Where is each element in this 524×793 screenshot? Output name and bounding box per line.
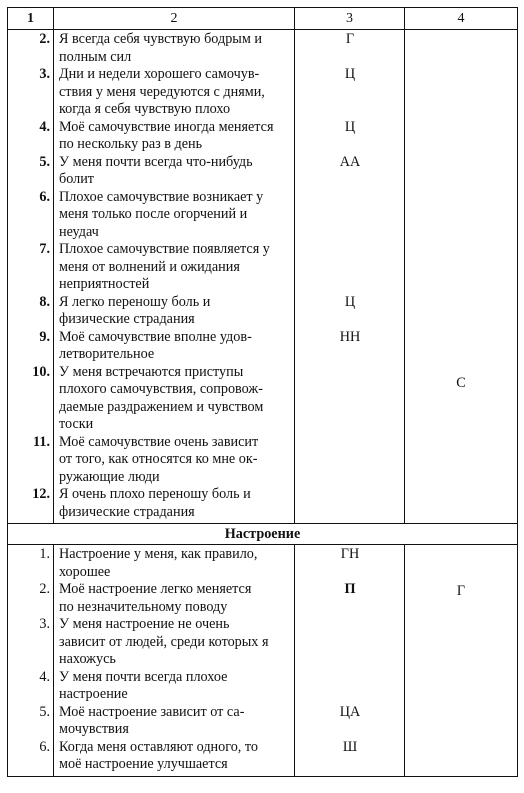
item-number: 12. [8,486,54,521]
item-code [295,616,405,669]
item-statement: Настроение у меня, как правило,хорошее [54,546,295,581]
item-number: 3. [8,616,54,669]
item-statement: Дни и недели хорошего самочув-ствия у ме… [54,66,295,119]
statement-line: полным сил [59,49,295,67]
statement-line: ствия у меня чередуются с днями, [59,84,295,102]
item-code [295,434,405,487]
item-number: 5. [8,704,54,739]
item-statement: Моё самочувствие иногда меняетсяпо неско… [54,119,295,154]
statement-line: неприятностей [59,276,295,294]
item-statement: У меня встречаются приступыплохого самоч… [54,364,295,434]
item-number: 2. [8,31,54,66]
item-code: ЦА [295,704,405,739]
item-number: 3. [8,66,54,119]
item-code [295,486,405,521]
table-row: 3.Дни и недели хорошего самочув-ствия у … [8,66,405,119]
table-row: 9.Моё самочувствие вполне удов-летворите… [8,329,405,364]
statement-line: меня только после огорчений и [59,206,295,224]
item-number: 1. [8,546,54,581]
section-title-mood: Настроение [8,523,517,545]
table-row: 6.Плохое самочувствие возникает уменя то… [8,189,405,242]
item-number: 10. [8,364,54,434]
table-row: 1.Настроение у меня, как правило,хорошее… [8,546,405,581]
table-row: 6.Когда меня оставляют одного, томоё нас… [8,739,405,774]
item-statement: Моё настроение легко меняетсяпо незначит… [54,581,295,616]
item-number: 7. [8,241,54,294]
statement-line: Я всегда себя чувствую бодрым и [59,31,295,49]
table-row: 8.Я легко переношу боль ифизические стра… [8,294,405,329]
item-statement: Когда меня оставляют одного, томоё настр… [54,739,295,774]
statement-line: даемые раздражением и чувством [59,399,295,417]
statement-line: по нескольку раз в день [59,136,295,154]
statement-line: Дни и недели хорошего самочув- [59,66,295,84]
table-row: 2.Моё настроение легко меняетсяпо незнач… [8,581,405,616]
table-row: 5.У меня почти всегда что-нибудьболитАА [8,154,405,189]
questionnaire-table: 1 2 3 4 2.Я всегда себя чувствую бодрым … [7,7,518,777]
table-row: 3.У меня настроение не оченьзависит от л… [8,616,405,669]
statement-line: У меня встречаются приступы [59,364,295,382]
statement-line: Я легко переношу боль и [59,294,295,312]
section-wellbeing: 2.Я всегда себя чувствую бодрым иполным … [8,30,517,523]
item-code: Ш [295,739,405,774]
item-number: 6. [8,189,54,242]
item-code [295,669,405,704]
statement-line: мочувствия [59,721,295,739]
section-mood-col4: Г [405,583,517,600]
statement-line: Настроение у меня, как правило, [59,546,295,564]
table-row: 2.Я всегда себя чувствую бодрым иполным … [8,31,405,66]
item-number: 2. [8,581,54,616]
statement-line: Я очень плохо переношу боль и [59,486,295,504]
statement-line: физические страдания [59,311,295,329]
table-row: 12.Я очень плохо переношу боль ифизическ… [8,486,405,521]
statement-line: настроение [59,686,295,704]
item-number: 5. [8,154,54,189]
item-number: 6. [8,739,54,774]
item-statement: Плохое самочувствие появляется уменя от … [54,241,295,294]
statement-line: тоски [59,416,295,434]
statement-line: Плохое самочувствие возникает у [59,189,295,207]
item-statement: Плохое самочувствие возникает уменя толь… [54,189,295,242]
item-code: Ц [295,119,405,154]
statement-line: неудач [59,224,295,242]
statement-line: Плохое самочувствие появляется у [59,241,295,259]
item-number: 11. [8,434,54,487]
item-statement: Моё самочувствие вполне удов-летворитель… [54,329,295,364]
header-col-2: 2 [54,8,295,29]
item-number: 4. [8,119,54,154]
item-number: 8. [8,294,54,329]
statement-line: Моё самочувствие вполне удов- [59,329,295,347]
item-code [295,364,405,434]
statement-line: от того, как относятся ко мне ок- [59,451,295,469]
item-number: 9. [8,329,54,364]
item-code: П [295,581,405,616]
header-row: 1 2 3 4 [8,8,517,30]
statement-line: У меня почти всегда что-нибудь [59,154,295,172]
statement-line: ружающие люди [59,469,295,487]
item-statement: У меня почти всегда что-нибудьболит [54,154,295,189]
table-row: 10.У меня встречаются приступыплохого са… [8,364,405,434]
item-code: НН [295,329,405,364]
statement-line: плохого самочувствия, сопровож- [59,381,295,399]
table-row: 4.У меня почти всегда плохоенастроение [8,669,405,704]
statement-line: физические страдания [59,504,295,522]
section-wellbeing-col4: С [405,375,517,392]
item-code [295,189,405,242]
statement-line: хорошее [59,564,295,582]
statement-line: Когда меня оставляют одного, то [59,739,295,757]
header-col-3: 3 [295,8,405,29]
header-col-1: 1 [8,8,54,29]
table-row: 7.Плохое самочувствие появляется уменя о… [8,241,405,294]
item-code: ГН [295,546,405,581]
statement-line: когда я себя чувствую плохо [59,101,295,119]
section-mood: 1.Настроение у меня, как правило,хорошее… [8,545,517,776]
item-number: 4. [8,669,54,704]
table-row: 5.Моё настроение зависит от са-мочувстви… [8,704,405,739]
statement-line: Моё настроение зависит от са- [59,704,295,722]
statement-line: Моё настроение легко меняется [59,581,295,599]
item-statement: Я очень плохо переношу боль ифизические … [54,486,295,521]
item-code: АА [295,154,405,189]
statement-line: Моё самочувствие очень зависит [59,434,295,452]
statement-line: нахожусь [59,651,295,669]
table-row: 11.Моё самочувствие очень зависитот того… [8,434,405,487]
statement-line: болит [59,171,295,189]
item-code: Г [295,31,405,66]
statement-line: моё настроение улучшается [59,756,295,774]
item-statement: У меня настроение не оченьзависит от люд… [54,616,295,669]
item-statement: Я легко переношу боль ифизические страда… [54,294,295,329]
statement-line: У меня почти всегда плохое [59,669,295,687]
item-statement: Я всегда себя чувствую бодрым иполным си… [54,31,295,66]
statement-line: Моё самочувствие иногда меняется [59,119,295,137]
item-statement: Моё самочувствие очень зависитот того, к… [54,434,295,487]
item-code: Ц [295,294,405,329]
statement-line: У меня настроение не очень [59,616,295,634]
item-code [295,241,405,294]
statement-line: летворительное [59,346,295,364]
header-col-4: 4 [405,8,517,29]
statement-line: зависит от людей, среди которых я [59,634,295,652]
statement-line: по незначительному поводу [59,599,295,617]
item-statement: Моё настроение зависит от са-мочувствия [54,704,295,739]
item-statement: У меня почти всегда плохоенастроение [54,669,295,704]
item-code: Ц [295,66,405,119]
table-row: 4.Моё самочувствие иногда меняетсяпо нес… [8,119,405,154]
statement-line: меня от волнений и ожидания [59,259,295,277]
